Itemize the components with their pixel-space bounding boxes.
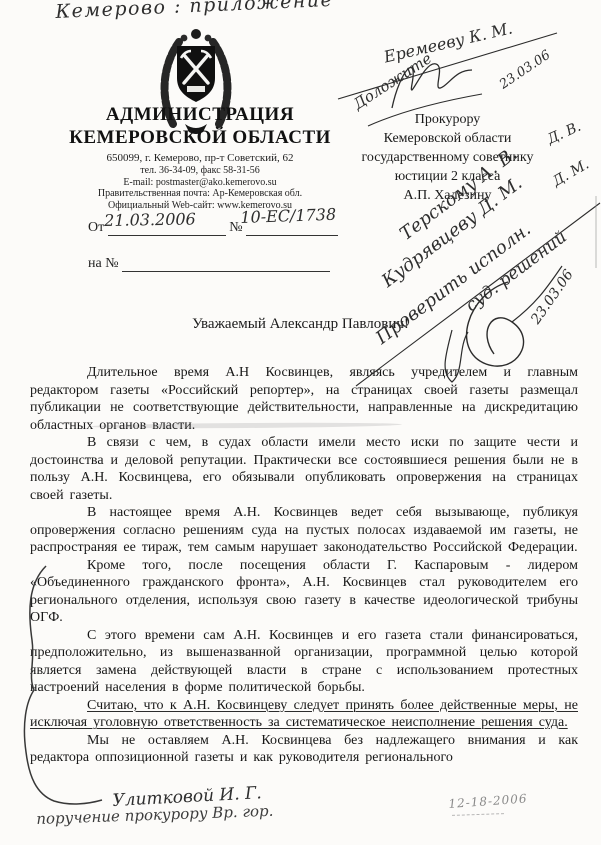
crest-ornament-left <box>181 35 188 42</box>
address-street: 650099, г. Кемерово, пр-т Советский, 62 <box>40 153 360 165</box>
salutation: Уважаемый Александр Павлович! <box>0 316 601 333</box>
address-gov-mail: Правительственная почта: Ар-Кемеровская … <box>40 188 360 200</box>
from-label: От <box>88 220 104 235</box>
address-email: E-mail: postmaster@ako.kemerovo.su <box>40 177 360 189</box>
incoming-reference-line: на № <box>88 256 330 272</box>
addressee-line: государственному советнику <box>330 148 565 167</box>
address-phone: тел. 36-34-09, факс 58-31-56 <box>40 165 360 177</box>
handwritten-outgoing-date: 21.03.2006 <box>104 209 196 230</box>
shield-band <box>187 86 205 92</box>
body-paragraph: В связи с чем, в судах области имели мес… <box>30 434 578 504</box>
body-paragraph: Кроме того, после посещения области Г. К… <box>30 557 578 627</box>
handwritten-bottom-instruction: поручение прокурору Вр. гор. <box>36 802 274 828</box>
body-paragraph: В настоящее время А.Н. Косвинцев ведет с… <box>30 504 578 557</box>
addressee-line: юстиции 2 класса <box>330 167 565 186</box>
body-paragraph: С этого времени сам А.Н. Косвинцев и его… <box>30 627 578 697</box>
handwritten-bottom-right-mark: 12-18-2006 <box>448 791 528 810</box>
crest-ornament <box>191 29 201 39</box>
organization-title-line1: АДМИНИСТРАЦИЯ <box>40 103 360 126</box>
scanned-letter-page: АДМИНИСТРАЦИЯ КЕМЕРОВСКОЙ ОБЛАСТИ 650099… <box>0 0 601 845</box>
incoming-blank-line <box>122 258 330 272</box>
addressee-line: Кемеровской области <box>330 129 565 148</box>
handwritten-top-note: Кемерово : приложение <box>55 0 334 23</box>
crest-ornament-right <box>205 35 212 42</box>
on-number-label: на № <box>88 256 119 271</box>
letterhead-address-block: 650099, г. Кемерово, пр-т Советский, 62 … <box>40 153 360 212</box>
handwritten-routing-name: Еремееву К. М. <box>382 18 514 66</box>
handwritten-outgoing-number: 10-ЕС/1738 <box>240 205 336 227</box>
body-paragraph-underlined: Считаю, что к А.Н. Косвинцеву следует пр… <box>30 697 578 732</box>
handwritten-routing-date: 23.03.06 <box>497 48 553 93</box>
body-paragraph: Мы не оставляем А.Н. Косвинцева без надл… <box>30 732 578 767</box>
addressee-line: Прокурору <box>330 110 565 129</box>
organization-title-line2: КЕМЕРОВСКОЙ ОБЛАСТИ <box>40 126 360 149</box>
organization-title: АДМИНИСТРАЦИЯ КЕМЕРОВСКОЙ ОБЛАСТИ <box>40 103 360 149</box>
pencil-dashes <box>452 813 504 816</box>
